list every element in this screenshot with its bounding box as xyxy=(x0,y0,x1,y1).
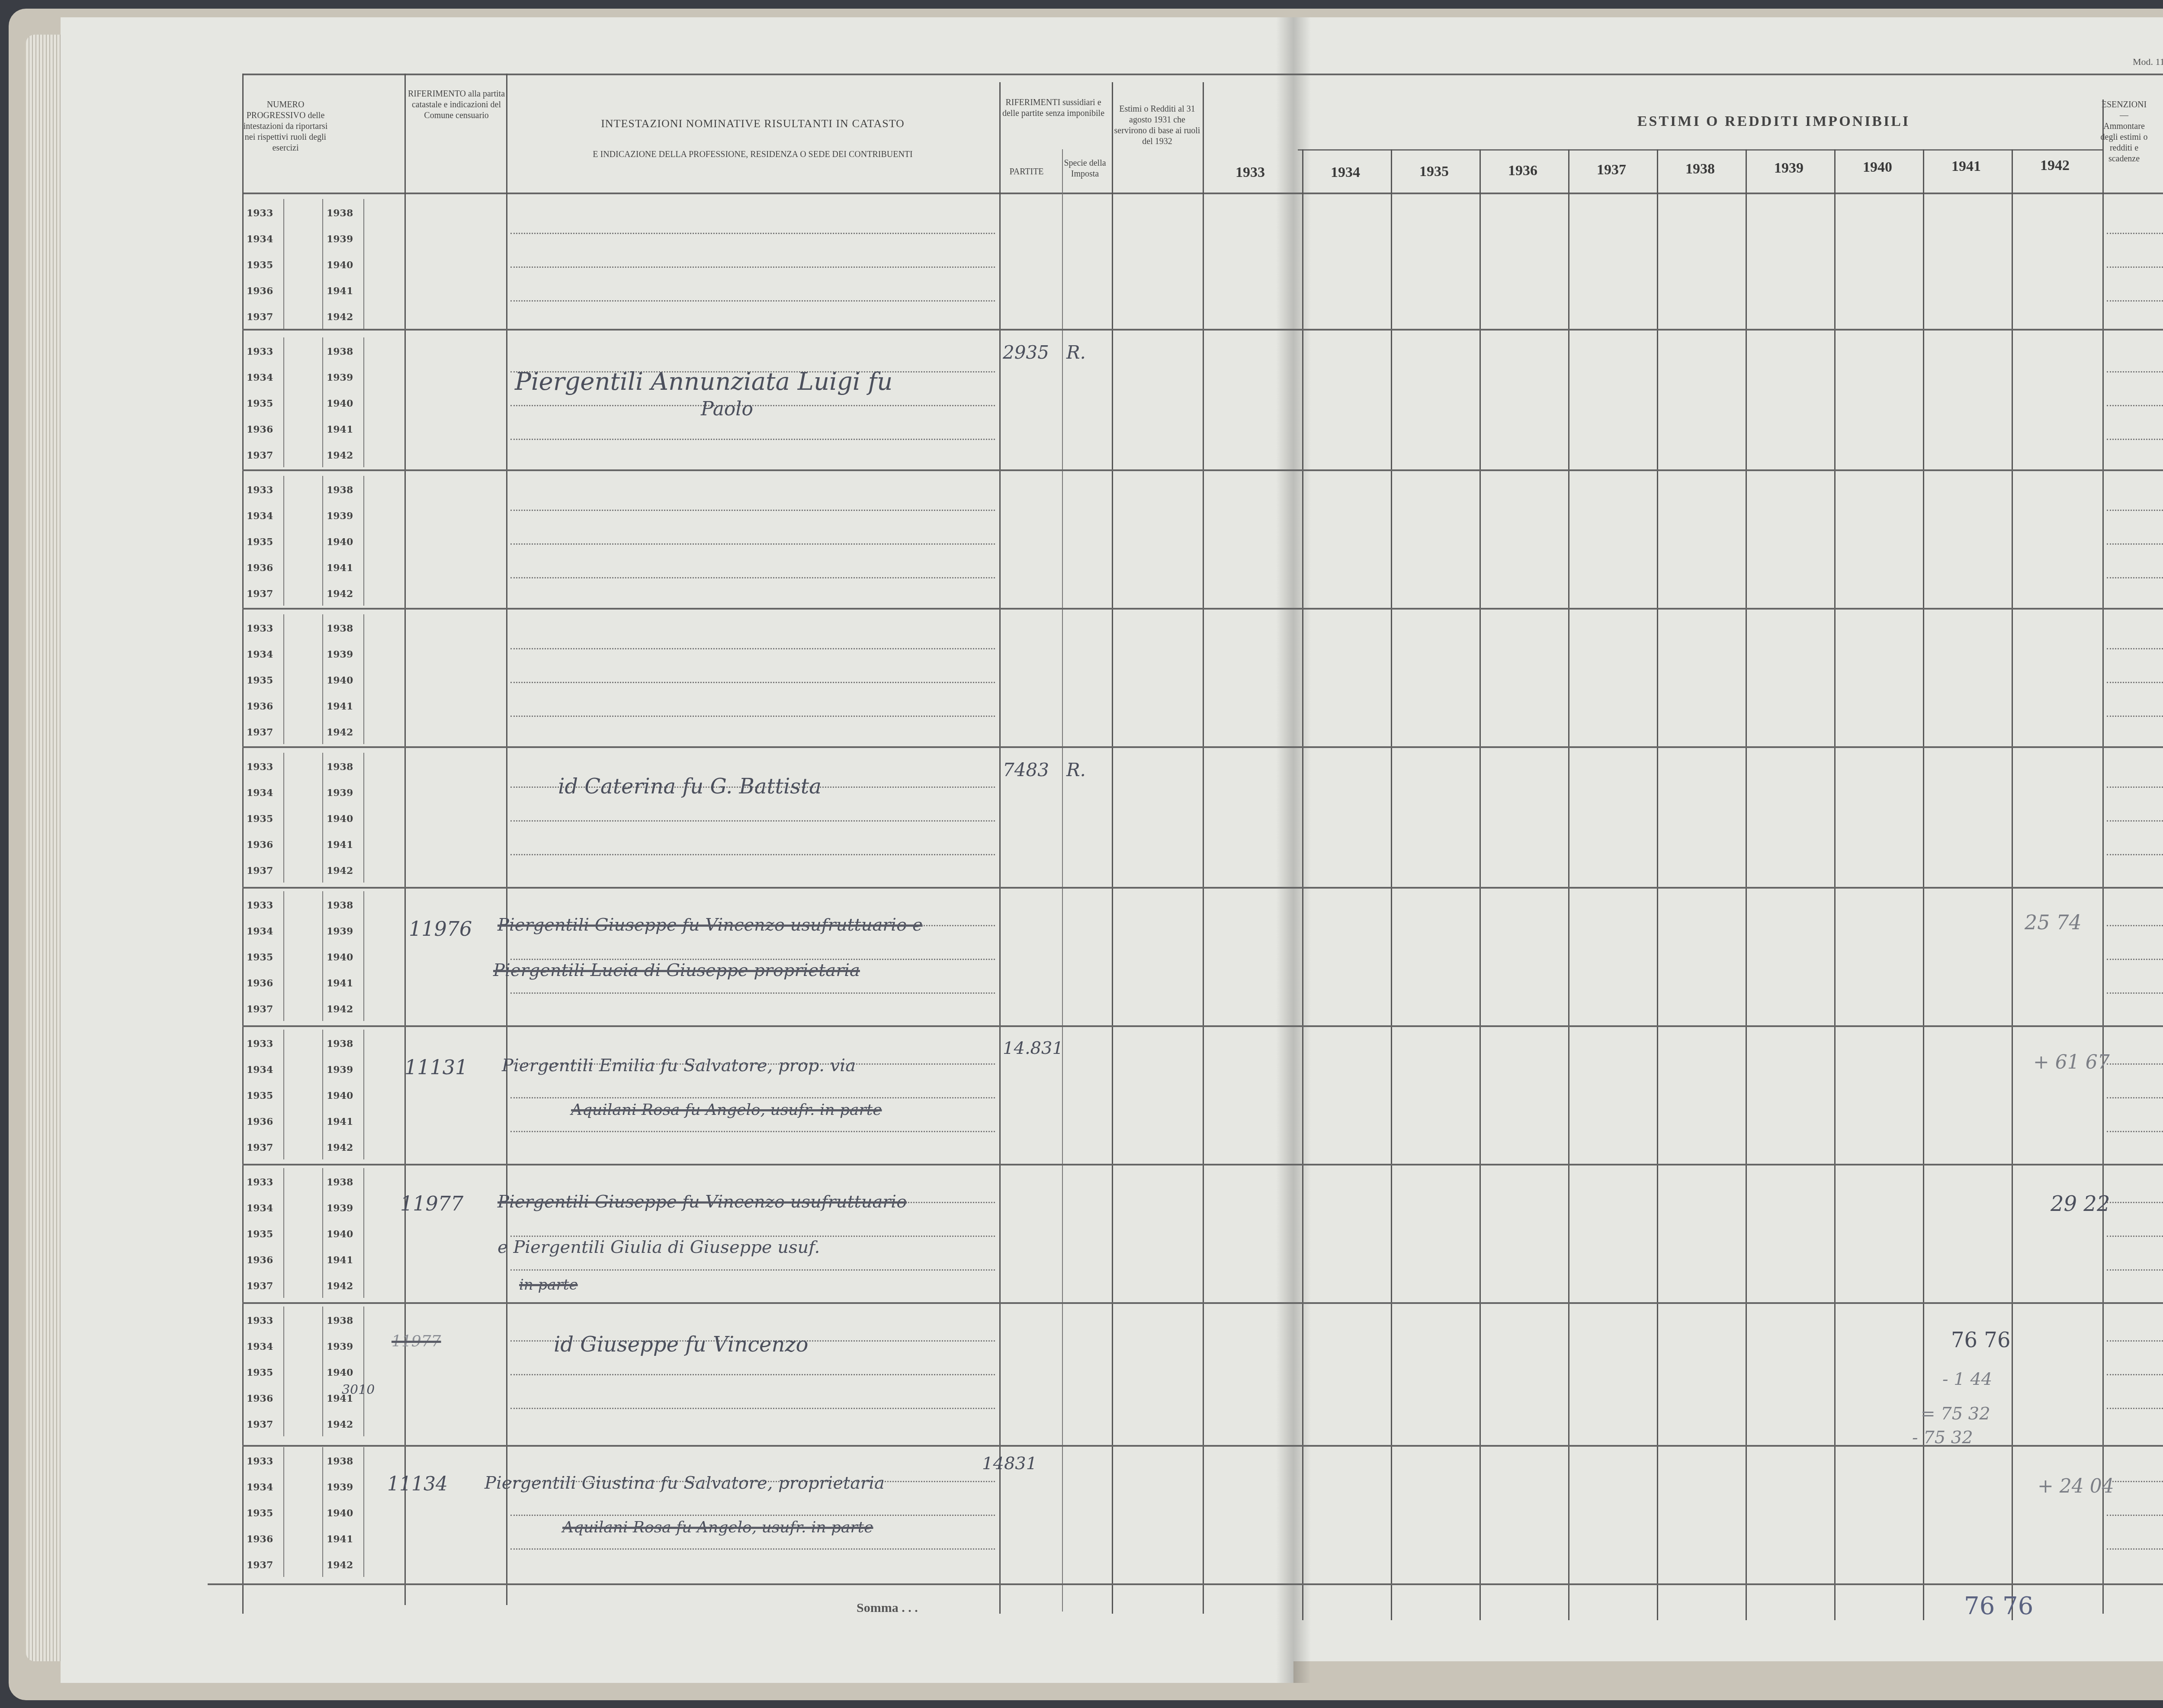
col-divider-3 xyxy=(999,82,1001,1614)
dotted-guide xyxy=(510,854,995,855)
header-esenzioni: ESENZIONI — Ammontare degli estimi o red… xyxy=(2100,100,2148,164)
year-label-left: 1937 xyxy=(247,311,273,323)
year-header-1933: 1933 xyxy=(1207,164,1293,181)
year-col-divider xyxy=(283,891,284,1021)
dotted-guide xyxy=(2107,992,2163,994)
year-label-right: 1938 xyxy=(327,623,353,634)
year-label-left: 1934 xyxy=(247,510,273,522)
col-divider-6 xyxy=(1203,82,1204,1614)
year-label-left: 1936 xyxy=(247,286,273,297)
row-rule-6 xyxy=(242,1025,2163,1027)
dotted-guide xyxy=(510,439,995,440)
year-label-left: 1937 xyxy=(247,1142,273,1153)
year-col-divider xyxy=(322,753,323,883)
header-intestazioni: INTESTAZIONI NOMINATIVE RISULTANTI IN CA… xyxy=(515,117,991,131)
row-rule-10 xyxy=(208,1583,2163,1585)
year-label-left: 1935 xyxy=(247,1508,273,1519)
dotted-guide xyxy=(2107,371,2163,372)
header-riferimenti-sussidiari: RIFERIMENTI sussidiari e delle partite s… xyxy=(999,97,1107,119)
dotted-guide xyxy=(2107,1063,2163,1065)
year-label-right: 1938 xyxy=(327,900,353,911)
year-label-right: 1941 xyxy=(327,424,353,435)
year-label-right: 1941 xyxy=(327,562,353,574)
year-label-left: 1933 xyxy=(247,900,273,911)
dotted-guide xyxy=(510,1269,995,1271)
year-col-divider xyxy=(283,1168,284,1298)
year-label-right: 1940 xyxy=(327,260,353,271)
year-label-left: 1936 xyxy=(247,1116,273,1127)
year-label-left: 1936 xyxy=(247,978,273,989)
dotted-guide xyxy=(510,1236,995,1237)
year-label-left: 1936 xyxy=(247,562,273,574)
page-edges-left xyxy=(26,35,61,1661)
year-label-left: 1936 xyxy=(247,701,273,712)
year-label-right: 1942 xyxy=(327,1004,353,1015)
entry-8-name-line-1: Piergentili Giuseppe fu Vincenzo usufrut… xyxy=(497,1192,907,1212)
dotted-guide xyxy=(510,266,995,268)
entry-9-ref-note: 3010 xyxy=(342,1382,375,1397)
row-rule-9 xyxy=(242,1445,2163,1447)
year-col-divider xyxy=(363,614,364,744)
col-divider-16 xyxy=(2102,100,2104,1614)
entry-2-partita: 2935 xyxy=(1003,342,1049,363)
entry-6-name-line-2: Piergentili Lucia di Giuseppe proprietar… xyxy=(493,960,860,980)
year-label-left: 1934 xyxy=(247,787,273,799)
entry-2-name-line-2: Paolo xyxy=(701,398,753,420)
dotted-guide xyxy=(510,300,995,302)
dotted-guide xyxy=(2107,300,2163,302)
year-col-divider xyxy=(283,337,284,467)
dotted-guide xyxy=(510,716,995,717)
entry-7-name-line-1: Piergentili Emilia fu Salvatore, prop. v… xyxy=(502,1056,856,1076)
col-divider-12 xyxy=(1746,149,1747,1620)
row-rule-2 xyxy=(242,469,2163,471)
year-label-right: 1940 xyxy=(327,398,353,409)
year-label-left: 1933 xyxy=(247,761,273,773)
year-label-left: 1933 xyxy=(247,623,273,634)
year-label-left: 1935 xyxy=(247,398,273,409)
year-col-divider xyxy=(283,753,284,883)
dotted-guide xyxy=(2107,820,2163,822)
dotted-guide xyxy=(2107,266,2163,268)
entry-9-ref: 11977 xyxy=(392,1332,441,1350)
dotted-guide xyxy=(510,543,995,545)
row-rule-4 xyxy=(242,746,2163,748)
year-label-left: 1936 xyxy=(247,839,273,851)
dotted-guide xyxy=(2107,1481,2163,1482)
entry-6-ref: 11976 xyxy=(409,917,472,941)
entry-6-name-line-1: Piergentili Giuseppe fu Vincenzo usufrut… xyxy=(497,915,923,935)
year-header-1939: 1939 xyxy=(1746,160,1832,177)
col-divider-15 xyxy=(2012,149,2013,1620)
year-col-divider xyxy=(283,1307,284,1436)
year-label-left: 1933 xyxy=(247,346,273,357)
year-label-left: 1933 xyxy=(247,1456,273,1467)
year-label-left: 1937 xyxy=(247,1419,273,1430)
year-col-divider xyxy=(322,891,323,1021)
year-label-left: 1933 xyxy=(247,208,273,219)
year-label-right: 1939 xyxy=(327,1203,353,1214)
dotted-guide xyxy=(2107,716,2163,717)
entry-5-name-line-1: id Caterina fu G. Battista xyxy=(558,774,822,799)
year-col-divider xyxy=(322,337,323,467)
year-label-left: 1937 xyxy=(247,1560,273,1571)
year-label-right: 1942 xyxy=(327,588,353,600)
form-model-label: Mod. 111 - Imposte Dirette (Intercalare)… xyxy=(2133,56,2163,67)
year-col-divider xyxy=(322,1447,323,1577)
col-divider-8 xyxy=(1391,149,1392,1620)
dotted-guide xyxy=(510,510,995,511)
year-col-divider xyxy=(322,1168,323,1298)
dotted-guide xyxy=(2107,959,2163,960)
year-col-divider xyxy=(322,614,323,744)
year-label-left: 1933 xyxy=(247,1315,273,1326)
year-label-right: 1940 xyxy=(327,536,353,548)
entry-9-value-result: = 75 32 xyxy=(1921,1404,1990,1424)
entry-10-name-line-1: Piergentili Giustina fu Salvatore, propr… xyxy=(485,1473,885,1493)
year-label-right: 1938 xyxy=(327,485,353,496)
dotted-guide xyxy=(2107,1269,2163,1271)
year-label-right: 1940 xyxy=(327,1508,353,1519)
dotted-guide xyxy=(2107,233,2163,234)
dotted-guide xyxy=(510,1131,995,1132)
year-label-left: 1936 xyxy=(247,1255,273,1266)
table-top-rule xyxy=(242,74,2163,75)
year-label-right: 1938 xyxy=(327,1038,353,1050)
row-rule-8 xyxy=(242,1302,2163,1304)
year-label-right: 1940 xyxy=(327,1229,353,1240)
year-label-left: 1934 xyxy=(247,926,273,937)
book-gutter xyxy=(1276,17,1311,1683)
year-label-right: 1940 xyxy=(327,952,353,963)
year-label-right: 1939 xyxy=(327,649,353,660)
year-col-divider xyxy=(283,614,284,744)
entry-7-partita: 14.831 xyxy=(1003,1038,1063,1058)
col-divider-2 xyxy=(506,74,507,1605)
year-label-right: 1938 xyxy=(327,1456,353,1467)
dotted-guide xyxy=(510,959,995,960)
year-header-1940: 1940 xyxy=(1834,159,1921,176)
year-label-right: 1940 xyxy=(327,1367,353,1378)
year-label-left: 1937 xyxy=(247,588,273,600)
year-label-left: 1935 xyxy=(247,536,273,548)
right-page xyxy=(1293,17,2163,1661)
year-label-right: 1938 xyxy=(327,208,353,219)
year-label-left: 1937 xyxy=(247,727,273,738)
year-label-right: 1939 xyxy=(327,787,353,799)
year-label-left: 1933 xyxy=(247,485,273,496)
year-label-right: 1938 xyxy=(327,346,353,357)
header-specie: Specie della Imposta xyxy=(1063,158,1107,180)
col-divider-4 xyxy=(1062,149,1063,1612)
year-col-divider xyxy=(363,1030,364,1159)
year-col-divider xyxy=(363,337,364,467)
year-header-1941: 1941 xyxy=(1923,158,2009,175)
header-riferimento: RIFERIMENTO alla partita catastale e ind… xyxy=(407,89,506,121)
year-label-left: 1933 xyxy=(247,1177,273,1188)
col-divider-11 xyxy=(1657,149,1658,1620)
entry-10-name-line-2: Aquilani Rosa fu Angelo, usufr. in parte xyxy=(562,1519,873,1536)
entry-7-value-1942: + 61 67 xyxy=(2033,1051,2110,1073)
year-label-right: 1941 xyxy=(327,701,353,712)
year-label-left: 1937 xyxy=(247,450,273,461)
year-label-right: 1940 xyxy=(327,675,353,686)
year-label-left: 1933 xyxy=(247,1038,273,1050)
dotted-guide xyxy=(2107,1374,2163,1375)
year-label-right: 1939 xyxy=(327,1064,353,1076)
year-label-left: 1935 xyxy=(247,1367,273,1378)
entry-9-value-adjust: - 1 44 xyxy=(1942,1369,1992,1389)
year-col-divider xyxy=(363,1447,364,1577)
year-label-left: 1934 xyxy=(247,1064,273,1076)
year-col-divider xyxy=(322,1307,323,1436)
year-label-left: 1935 xyxy=(247,952,273,963)
year-label-left: 1934 xyxy=(247,649,273,660)
year-label-left: 1936 xyxy=(247,1393,273,1404)
year-label-left: 1935 xyxy=(247,260,273,271)
year-header-1936: 1936 xyxy=(1479,163,1566,179)
dotted-guide xyxy=(510,1515,995,1516)
entry-8-name-line-2: e Piergentili Giulia di Giuseppe usuf. xyxy=(497,1237,820,1257)
year-col-divider xyxy=(363,1307,364,1436)
year-label-left: 1934 xyxy=(247,1341,273,1352)
year-col-divider xyxy=(322,199,323,329)
entry-9-value-deduct: - 75 32 xyxy=(1912,1428,1973,1448)
entry-5-specie: R. xyxy=(1066,759,1086,780)
year-label-right: 1941 xyxy=(327,978,353,989)
dotted-guide xyxy=(510,1374,995,1375)
row-rule-3 xyxy=(242,608,2163,610)
year-label-right: 1939 xyxy=(327,926,353,937)
year-label-left: 1935 xyxy=(247,813,273,825)
entry-10-partita: 14831 xyxy=(982,1454,1037,1474)
year-col-divider xyxy=(283,1030,284,1159)
year-header-1934: 1934 xyxy=(1302,164,1389,181)
year-label-left: 1935 xyxy=(247,1229,273,1240)
entry-7-name-line-2: Aquilani Rosa fu Angelo, usufr. in parte xyxy=(571,1101,882,1119)
year-label-left: 1934 xyxy=(247,234,273,245)
entry-8-value-1942: 29 22 xyxy=(2051,1192,2110,1216)
dotted-guide xyxy=(2107,1515,2163,1516)
dotted-guide xyxy=(2107,1131,2163,1132)
header-estimi-imponibili: ESTIMI O REDDITI IMPONIBILI xyxy=(1428,112,2120,131)
header-estimi-1931: Estimi o Redditi al 31 agosto 1931 che s… xyxy=(1114,104,1200,147)
year-label-left: 1937 xyxy=(247,1281,273,1292)
year-label-left: 1934 xyxy=(247,1482,273,1493)
year-col-divider xyxy=(363,1168,364,1298)
year-label-right: 1941 xyxy=(327,1116,353,1127)
dotted-guide xyxy=(2107,1408,2163,1409)
years-subheader-rule xyxy=(1298,149,2102,151)
entry-7-ref: 11131 xyxy=(404,1056,468,1079)
year-label-right: 1938 xyxy=(327,1315,353,1326)
year-label-right: 1942 xyxy=(327,1419,353,1430)
row-rule-7 xyxy=(242,1164,2163,1165)
year-label-left: 1935 xyxy=(247,675,273,686)
year-label-left: 1934 xyxy=(247,1203,273,1214)
dotted-guide xyxy=(2107,510,2163,511)
entry-10-value-1942: + 24 04 xyxy=(2038,1475,2114,1497)
dotted-guide xyxy=(510,820,995,822)
year-label-right: 1941 xyxy=(327,1534,353,1545)
year-label-left: 1935 xyxy=(247,1090,273,1101)
dotted-guide xyxy=(2107,648,2163,649)
header-intestazioni-sub: E INDICAZIONE DELLA PROFESSIONE, RESIDEN… xyxy=(510,149,995,160)
dotted-guide xyxy=(510,1408,995,1409)
year-col-divider xyxy=(363,753,364,883)
year-label-left: 1937 xyxy=(247,1004,273,1015)
somma-label: Somma . . . xyxy=(857,1601,918,1615)
entry-9-value-1941: 76 76 xyxy=(1951,1328,2010,1352)
entry-2-specie: R. xyxy=(1066,342,1086,363)
entry-8-name-line-3: in parte xyxy=(519,1276,578,1294)
year-col-divider xyxy=(363,891,364,1021)
entry-6-value-1942: 25 74 xyxy=(2025,911,2082,934)
year-header-1938: 1938 xyxy=(1657,161,1743,177)
year-label-right: 1941 xyxy=(327,839,353,851)
row-rule-5 xyxy=(242,887,2163,889)
col-divider-5 xyxy=(1112,82,1113,1614)
year-label-right: 1939 xyxy=(327,1482,353,1493)
year-col-divider xyxy=(283,199,284,329)
col-divider-14 xyxy=(1923,149,1924,1620)
header-partite: PARTITE xyxy=(1003,167,1050,177)
year-header-1937: 1937 xyxy=(1568,162,1655,178)
year-label-right: 1939 xyxy=(327,372,353,383)
year-label-right: 1942 xyxy=(327,1560,353,1571)
entry-10-ref: 11134 xyxy=(387,1473,448,1495)
col-divider-13 xyxy=(1834,149,1836,1620)
year-col-divider xyxy=(363,199,364,329)
dotted-guide xyxy=(2107,1340,2163,1342)
dotted-guide xyxy=(2107,1097,2163,1098)
dotted-guide xyxy=(510,1097,995,1098)
table-left-border xyxy=(242,74,244,1614)
year-label-left: 1934 xyxy=(247,372,273,383)
dotted-guide xyxy=(510,682,995,683)
dotted-guide xyxy=(2107,1202,2163,1203)
dotted-guide xyxy=(510,992,995,994)
year-label-left: 1936 xyxy=(247,424,273,435)
dotted-guide xyxy=(2107,787,2163,788)
year-label-right: 1941 xyxy=(327,286,353,297)
entry-2-name-line-1: Piergentili Annunziata Luigi fu xyxy=(515,368,892,396)
year-label-right: 1940 xyxy=(327,813,353,825)
col-divider-1 xyxy=(404,74,406,1605)
dotted-guide xyxy=(2107,439,2163,440)
entry-8-ref: 11977 xyxy=(400,1192,463,1215)
year-label-right: 1942 xyxy=(327,311,353,323)
year-label-right: 1938 xyxy=(327,761,353,773)
dotted-guide xyxy=(2107,925,2163,926)
year-label-right: 1939 xyxy=(327,510,353,522)
dotted-guide xyxy=(510,648,995,649)
year-label-right: 1939 xyxy=(327,1341,353,1352)
year-label-left: 1937 xyxy=(247,865,273,876)
col-divider-9 xyxy=(1479,149,1481,1620)
year-label-right: 1942 xyxy=(327,450,353,461)
dotted-guide xyxy=(2107,543,2163,545)
somma-value-1941: 76 76 xyxy=(1964,1592,2033,1620)
year-label-right: 1942 xyxy=(327,727,353,738)
year-label-left: 1936 xyxy=(247,1534,273,1545)
year-header-1935: 1935 xyxy=(1391,164,1477,180)
year-col-divider xyxy=(283,476,284,606)
year-label-right: 1938 xyxy=(327,1177,353,1188)
dotted-guide xyxy=(510,1548,995,1550)
year-label-right: 1941 xyxy=(327,1255,353,1266)
year-col-divider xyxy=(322,476,323,606)
dotted-guide xyxy=(2107,854,2163,855)
year-label-right: 1942 xyxy=(327,865,353,876)
year-col-divider xyxy=(322,1030,323,1159)
dotted-guide xyxy=(2107,405,2163,406)
year-label-right: 1939 xyxy=(327,234,353,245)
dotted-guide xyxy=(2107,577,2163,578)
dotted-guide xyxy=(510,233,995,234)
year-label-right: 1942 xyxy=(327,1281,353,1292)
year-header-1942: 1942 xyxy=(2012,157,2098,174)
year-col-divider xyxy=(283,1447,284,1577)
dotted-guide xyxy=(2107,1548,2163,1550)
dotted-guide xyxy=(2107,682,2163,683)
dotted-guide xyxy=(2107,1236,2163,1237)
year-label-right: 1942 xyxy=(327,1142,353,1153)
entry-9-name-line-1: id Giuseppe fu Vincenzo xyxy=(554,1332,809,1357)
col-divider-10 xyxy=(1568,149,1569,1620)
entry-5-partita: 7483 xyxy=(1003,759,1049,780)
header-numero-progressivo: NUMERO PROGRESSIVO delle intestazioni da… xyxy=(242,100,329,154)
dotted-guide xyxy=(510,577,995,578)
year-label-right: 1940 xyxy=(327,1090,353,1101)
row-rule-1 xyxy=(242,329,2163,331)
year-col-divider xyxy=(363,476,364,606)
col-divider-7 xyxy=(1302,149,1303,1620)
